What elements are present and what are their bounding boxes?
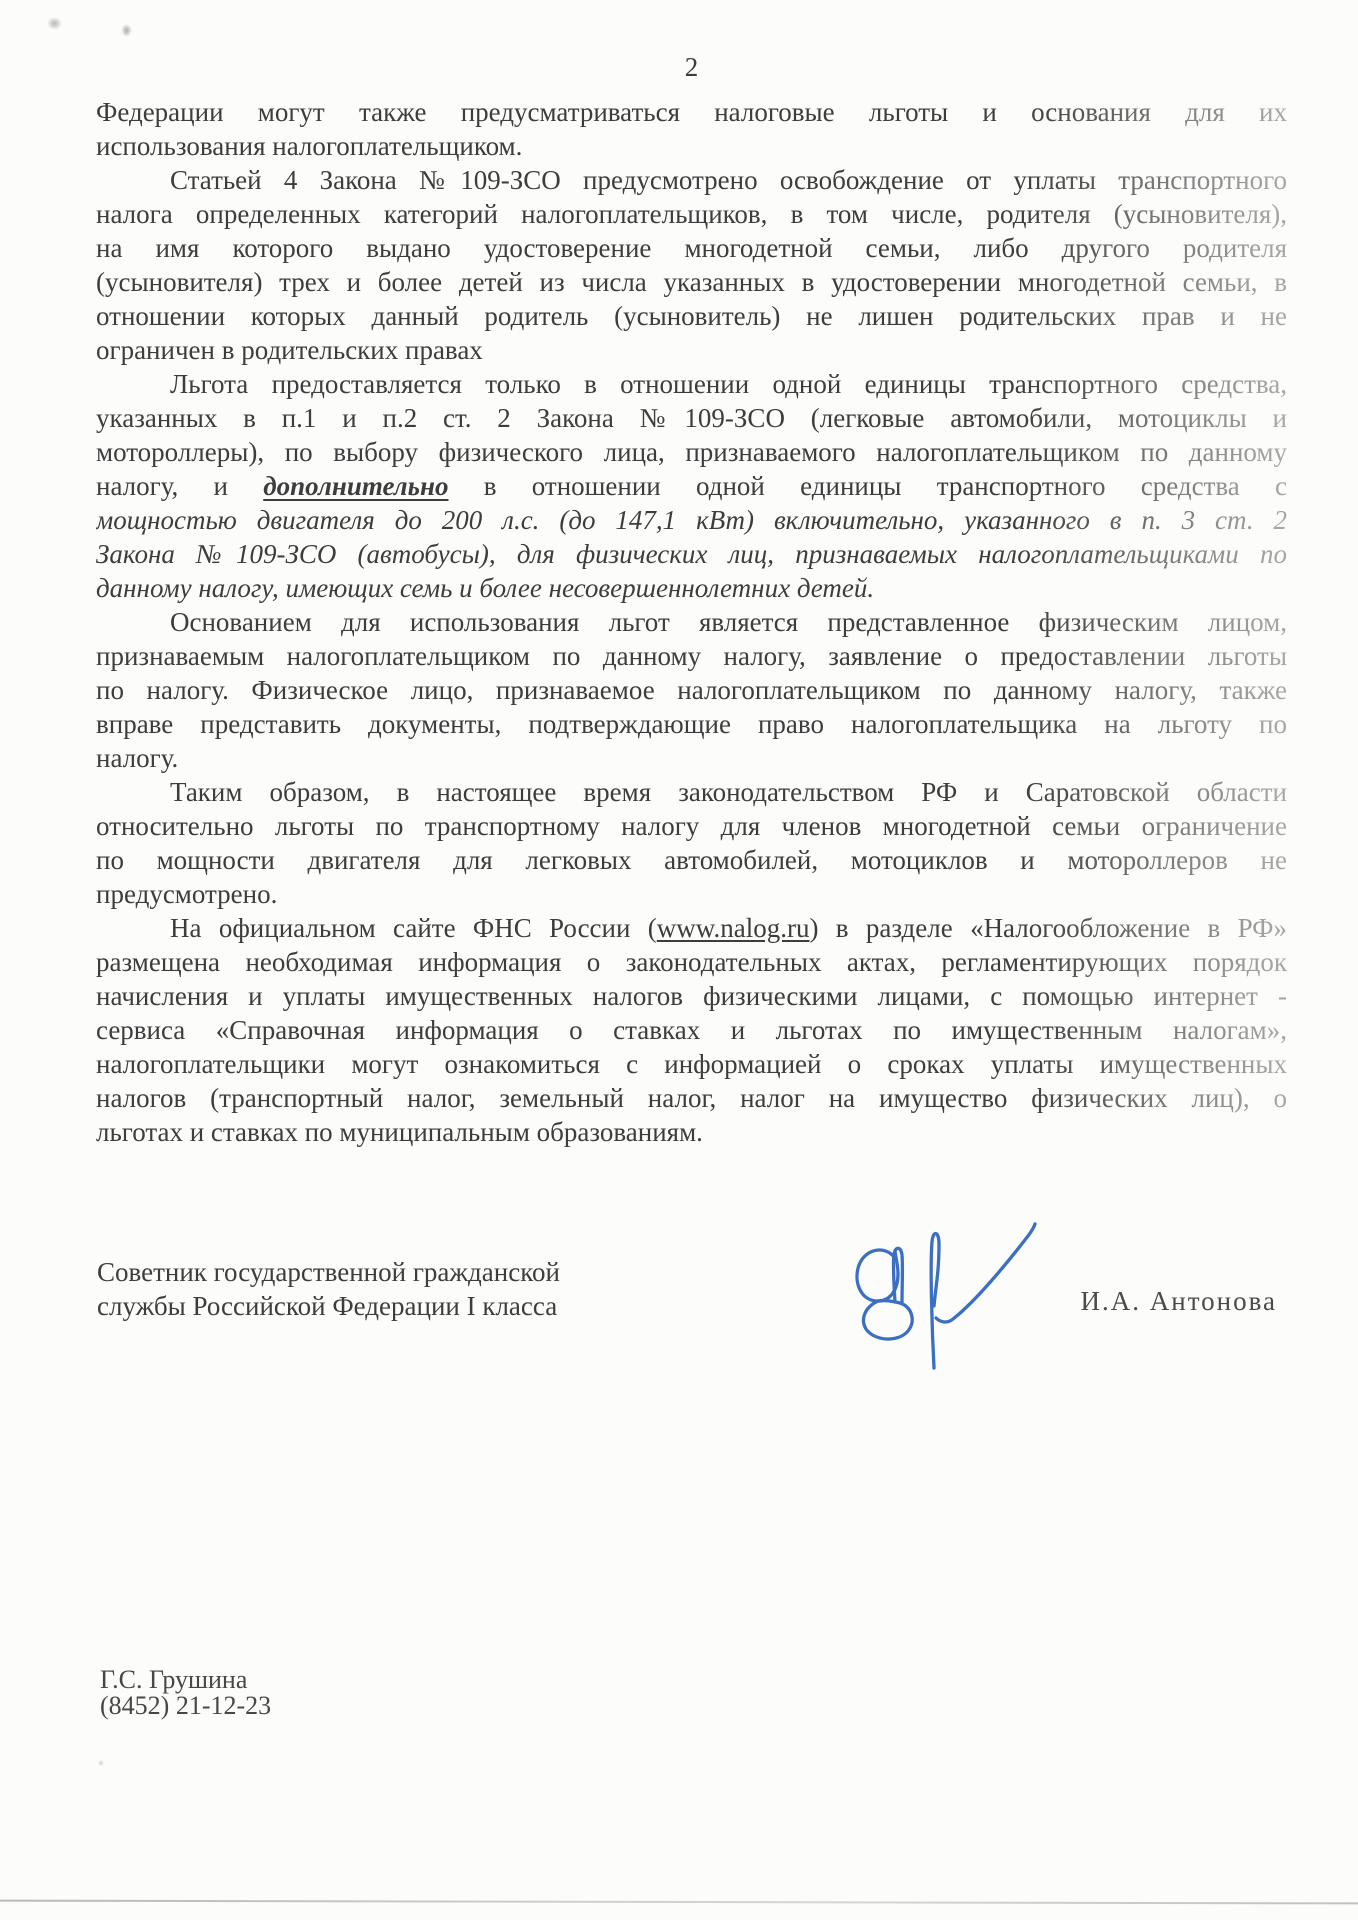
text-line: льготах и ставках по муниципальным образ… (96, 1115, 1287, 1149)
footer-contact-name: Г.С. Грушина (100, 1667, 271, 1693)
text-line: на имя которого выдано удостоверение мно… (96, 231, 1287, 265)
scan-edge-line (0, 1900, 1358, 1905)
text-line: ограничен в родительских правах (96, 333, 1287, 367)
scan-artifact-speck (99, 1761, 103, 1765)
signature-title-line: Советник государственной гражданской (97, 1255, 797, 1289)
text-line: налогоплательщики могут ознакомиться с и… (96, 1047, 1287, 1081)
handwritten-signature-icon (850, 1218, 1045, 1372)
signature-title-line: службы Российской Федерации I класса (97, 1289, 797, 1323)
footer-contact: Г.С. Грушина (8452) 21-12-23 (100, 1667, 271, 1719)
scan-artifact-speck (122, 25, 131, 36)
text-segment: налогу, и (96, 471, 263, 501)
text-line: Основанием для использования льгот являе… (96, 605, 1287, 639)
text-line: На официальном сайте ФНС России (www.nal… (96, 911, 1287, 945)
text-line: признаваемым налогоплательщиком по данно… (96, 639, 1287, 673)
text-line: (усыновителя) трех и более детей из числ… (96, 265, 1287, 299)
text-line: налогу, и дополнительно в отношении одно… (96, 469, 1287, 503)
signer-name: И.А. Антонова (1081, 1284, 1277, 1318)
emphasized-word: дополнительно (263, 471, 448, 501)
text-line: размещена необходимая информация о закон… (96, 945, 1287, 979)
text-line: Закона №109-ЗСО (автобусы), для физическ… (96, 537, 1287, 571)
text-segment: в отношении одной единицы транспортного … (448, 471, 1287, 501)
text-line: налога определенных категорий налогоплат… (96, 197, 1287, 231)
text-line: налогов (транспортный налог, земельный н… (96, 1081, 1287, 1115)
scan-artifact-speck (48, 18, 61, 29)
text-line: Льгота предоставляется только в отношени… (96, 367, 1287, 401)
text-line: начисления и уплаты имущественных налого… (96, 979, 1287, 1013)
text-line: сервиса «Справочная информация о ставках… (96, 1013, 1287, 1047)
text-segment: ) в разделе «Налогообложение в РФ» (809, 913, 1287, 943)
page-number: 2 (96, 50, 1287, 84)
nalog-site-link: www.nalog.ru (657, 913, 810, 943)
text-line: вправе представить документы, подтвержда… (96, 707, 1287, 741)
text-line: Федерации могут также предусматриваться … (96, 95, 1287, 129)
text-line: мотороллеры), по выбору физического лица… (96, 435, 1287, 469)
text-line: предусмотрено. (96, 877, 1287, 911)
text-line: Таким образом, в настоящее время законод… (96, 775, 1287, 809)
footer-contact-phone: (8452) 21-12-23 (100, 1693, 271, 1719)
text-line: относительно льготы по транспортному нал… (96, 809, 1287, 843)
text-line: по налогу. Физическое лицо, признаваемое… (96, 673, 1287, 707)
text-line: Статьей 4 Закона №109-ЗСО предусмотрено … (96, 163, 1287, 197)
text-line: указанных в п.1 и п.2 ст. 2 Закона №109-… (96, 401, 1287, 435)
text-segment: На официальном сайте ФНС России ( (170, 913, 657, 943)
text-line: мощностью двигателя до 200 л.с. (до 147,… (96, 503, 1287, 537)
text-line: налогу. (96, 741, 1287, 775)
scanned-letter-page: 2 Федерации могут также предусматриватьс… (0, 0, 1358, 1920)
text-line: использования налогоплательщиком. (96, 129, 1287, 163)
text-line: по мощности двигателя для легковых автом… (96, 843, 1287, 877)
text-line: отношении которых данный родитель (усыно… (96, 299, 1287, 333)
document-body: Федерации могут также предусматриваться … (96, 95, 1287, 1149)
signature-title: Советник государственной гражданской слу… (97, 1255, 797, 1323)
text-line: данному налогу, имеющих семь и более нес… (96, 571, 1287, 605)
